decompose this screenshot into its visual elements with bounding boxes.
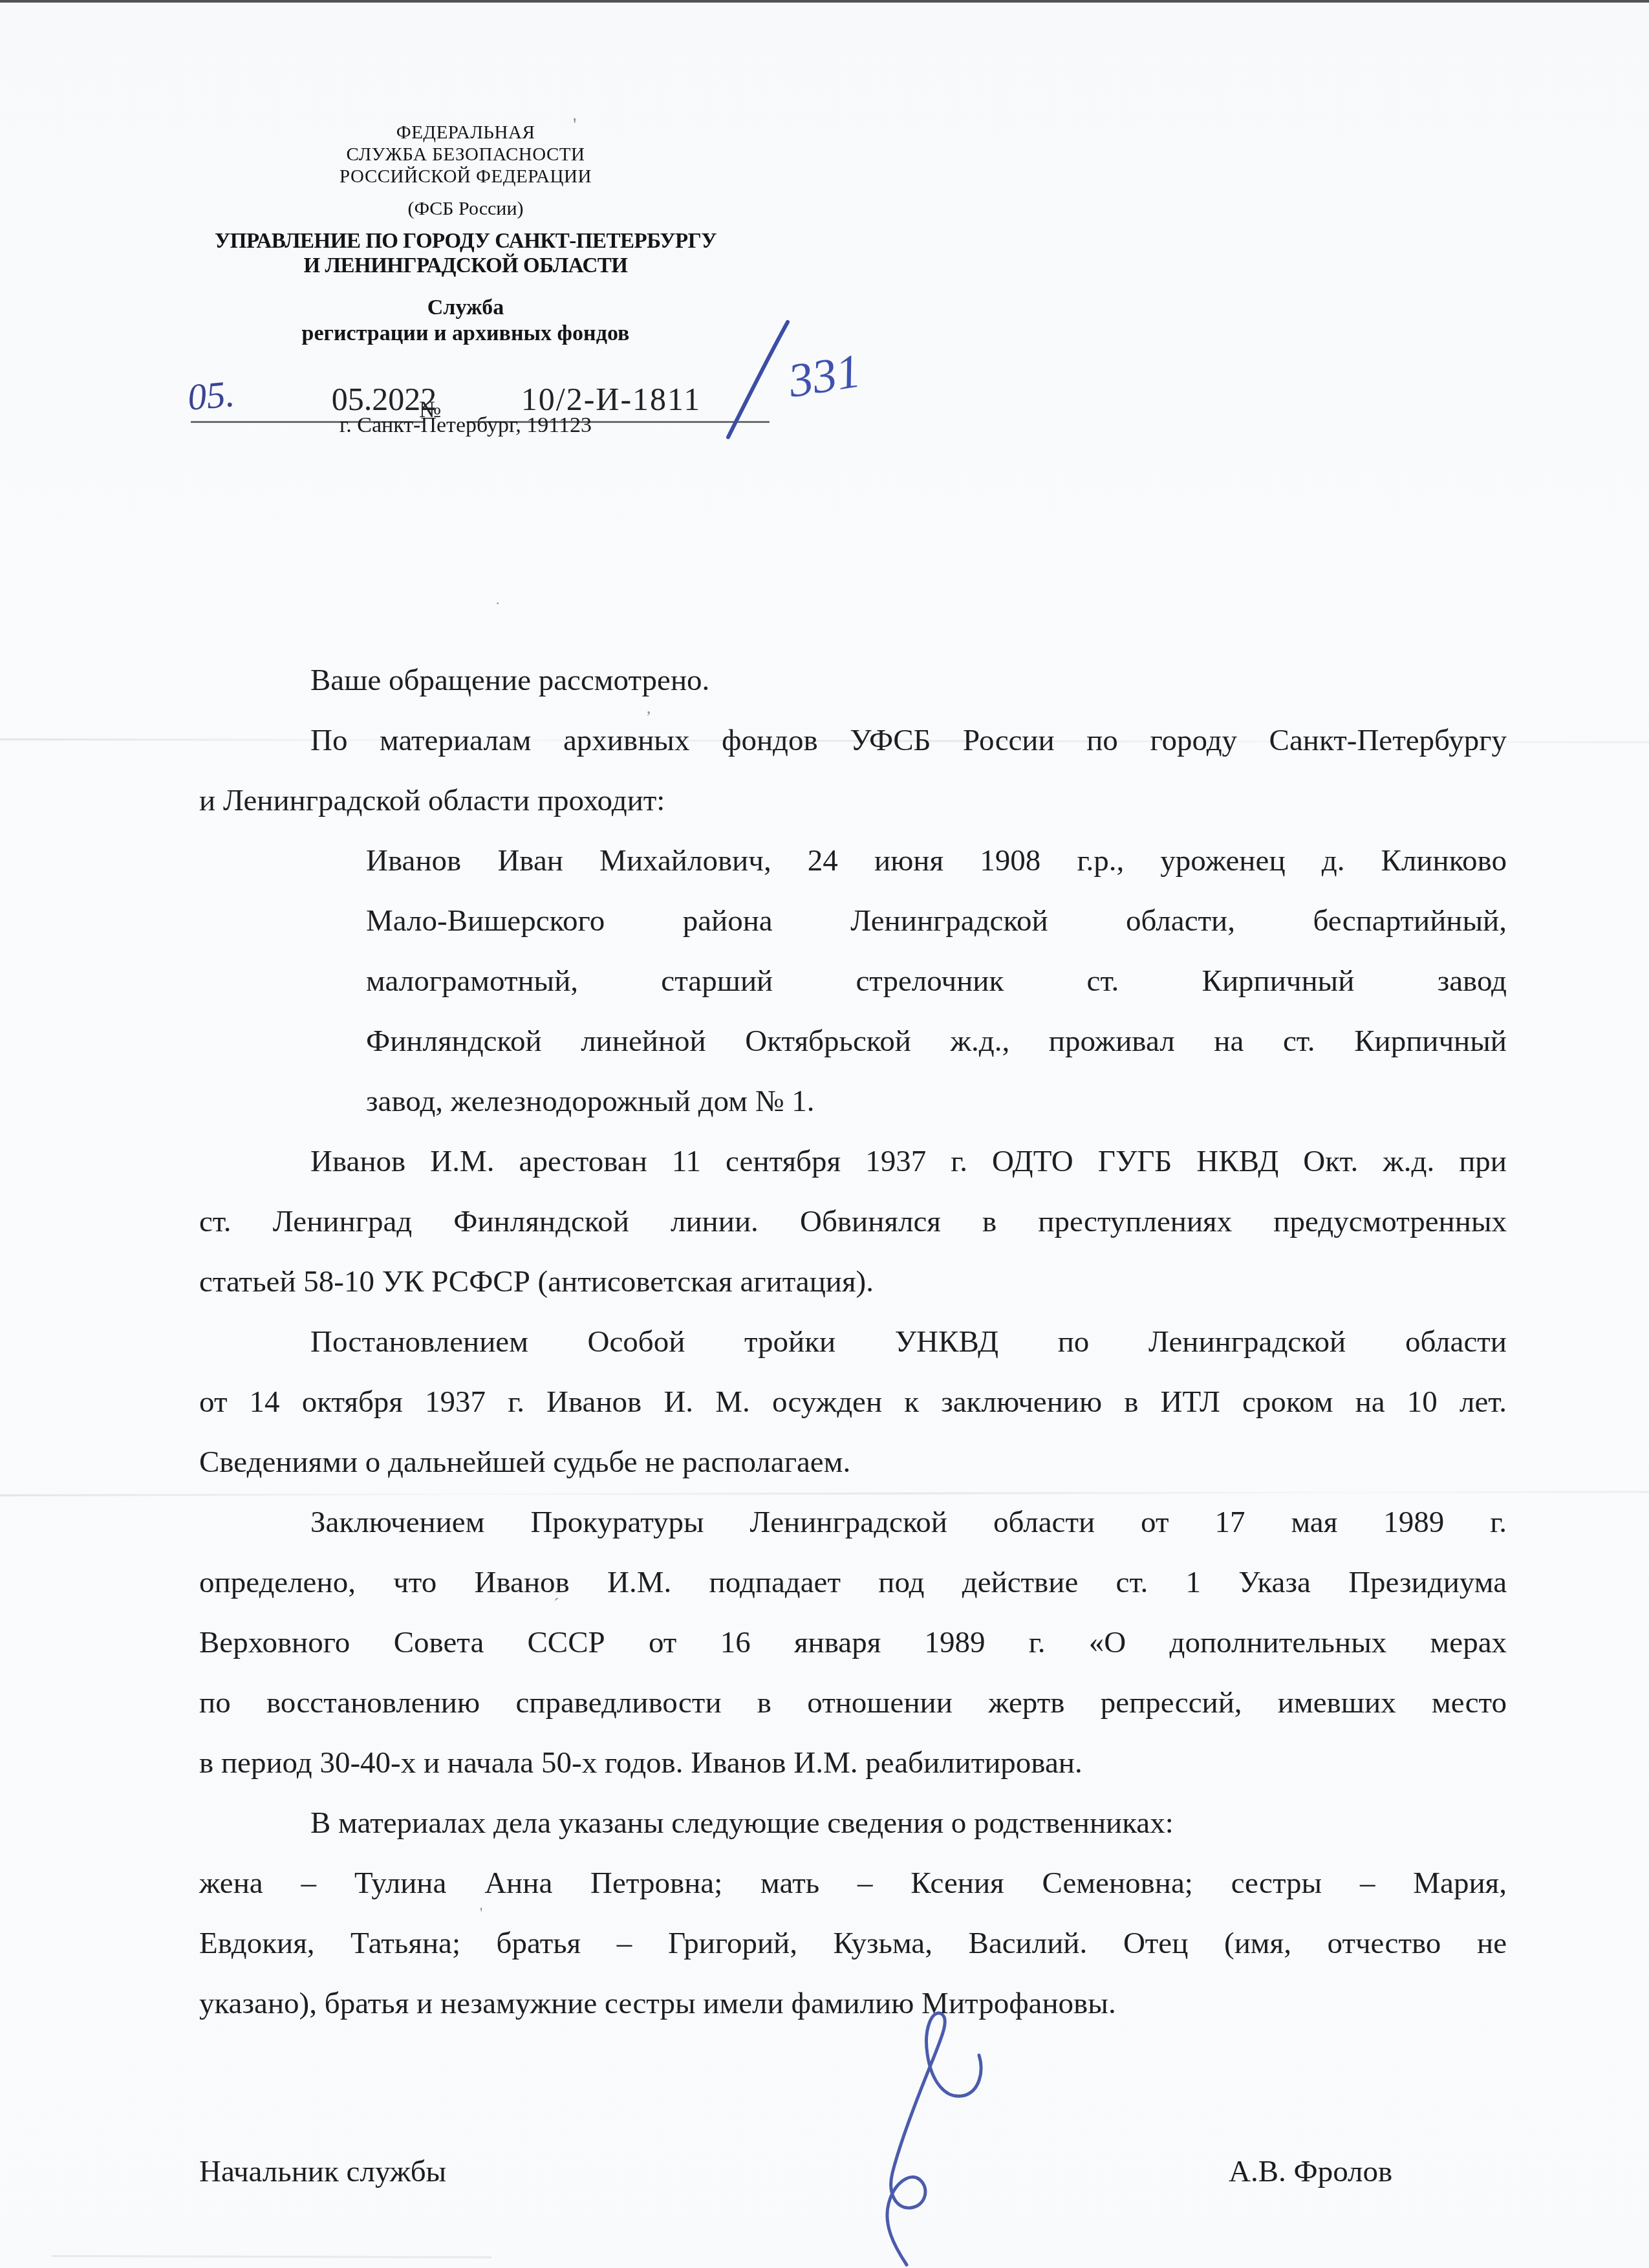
letterhead: ФЕДЕРАЛЬНАЯ СЛУЖБА БЕЗОПАСНОСТИ РОССИЙСК… — [175, 122, 757, 347]
org-name-line1: ФЕДЕРАЛЬНАЯ — [175, 122, 757, 144]
division-line2: И ЛЕНИНГРАДСКОЙ ОБЛАСТИ — [175, 254, 757, 278]
body-line: Сведениями о дальнейшей судьбе не распол… — [199, 1432, 1507, 1493]
body-line: Евдокия, Татьяна; братья – Григорий, Куз… — [199, 1914, 1507, 1974]
scan-speck: ' — [573, 115, 576, 135]
body-line: Постановлением Особой тройки УНКВД по Ле… — [199, 1312, 1507, 1372]
scan-smudge — [52, 2255, 491, 2258]
handwritten-date: 05. — [186, 373, 236, 418]
signer-position-title: Начальник службы — [199, 2142, 446, 2202]
division-line1: УПРАВЛЕНИЕ ПО ГОРОДУ САНКТ-ПЕТЕРБУРГУ — [175, 229, 757, 254]
org-name-line3: РОССИЙСКОЙ ФЕДЕРАЦИИ — [175, 166, 757, 188]
body-line: Заключением Прокуратуры Ленинградской об… — [199, 1493, 1507, 1553]
body-line: указано), братья и незамужние сестры име… — [199, 1974, 1507, 2034]
body-line: по восстановлению справедливости в отнош… — [199, 1673, 1507, 1733]
body-line: Верховного Совета СССР от 16 января 1989… — [199, 1613, 1507, 1673]
body-line: Иванов И.М. арестован 11 сентября 1937 г… — [199, 1132, 1507, 1192]
scan-edge-artifact — [0, 0, 1649, 3]
body-line: Финляндской линейной Октябрьской ж.д., п… — [366, 1011, 1507, 1072]
handwritten-number: 331 — [784, 344, 864, 408]
body-line: ст. Ленинград Финляндской линии. Обвинял… — [199, 1192, 1507, 1252]
org-name-line2: СЛУЖБА БЕЗОПАСНОСТИ — [175, 144, 757, 166]
city-line: г. Санкт-Петербург, 191123 — [175, 413, 757, 438]
body-line: и Ленинградской области проходит: — [199, 771, 1507, 831]
body-line: Ваше обращение рассмотрено. — [199, 651, 1507, 711]
body-line: в период 30-40-х и начала 50-х годов. Ив… — [199, 1733, 1507, 1793]
scan-speck: · — [495, 596, 500, 610]
letter-body: Ваше обращение рассмотрено. По материала… — [199, 651, 1507, 2034]
signer-name: А.В. Фролов — [1229, 2142, 1392, 2202]
document-page: ФЕДЕРАЛЬНАЯ СЛУЖБА БЕЗОПАСНОСТИ РОССИЙСК… — [0, 0, 1649, 2268]
body-line: Мало-Вишерского района Ленинградской обл… — [366, 891, 1507, 951]
body-line: В материалах дела указаны следующие свед… — [199, 1793, 1507, 1853]
service-line2: регистрации и архивных фондов — [175, 321, 757, 347]
body-line: Иванов Иван Михайлович, 24 июня 1908 г.р… — [366, 831, 1507, 891]
service-line1: Служба — [175, 295, 757, 321]
body-line: По материалам архивных фондов УФСБ Росси… — [199, 711, 1507, 771]
body-line: завод, железнодорожный дом № 1. — [366, 1072, 1507, 1132]
body-line: определено, что Иванов И.М. подпадает по… — [199, 1553, 1507, 1613]
body-line: жена – Тулина Анна Петровна; мать – Ксен… — [199, 1853, 1507, 1914]
body-line: от 14 октября 1937 г. Иванов И. М. осужд… — [199, 1372, 1507, 1432]
body-line: статьей 58-10 УК РСФСР (антисоветская аг… — [199, 1252, 1507, 1312]
org-short-name: (ФСБ России) — [175, 198, 757, 220]
handwritten-signature — [887, 2013, 981, 2265]
body-line: малограмотный, старший стрелочник ст. Ки… — [366, 951, 1507, 1011]
